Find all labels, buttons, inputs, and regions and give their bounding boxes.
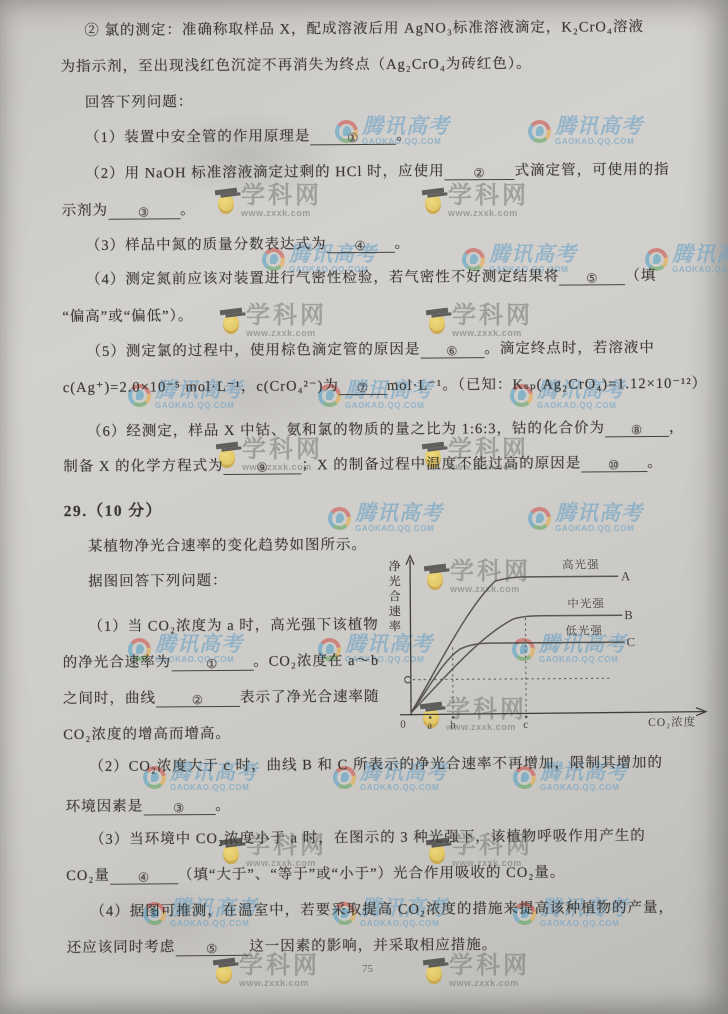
text-segment: 还应该同时考虑 <box>67 939 176 956</box>
text-segment: ② 氯的测定：准确称取样品 X，配成溶液后用 AgNO₃标准溶液滴定，K₂CrO… <box>84 19 644 39</box>
answer-blank-12: ② <box>156 691 240 707</box>
answer-blank-14: ④ <box>110 868 178 884</box>
text-segment: 。 <box>396 128 412 144</box>
blank-number: ④ <box>354 239 366 253</box>
q28-item-6-cont: 制备 X 的化学方程式为⑨；X 的制备过程中温度不能过高的原因是⑩。 <box>63 454 662 478</box>
tick-a: a <box>427 720 432 732</box>
chart-x-axis <box>400 712 704 715</box>
text-segment: “偏高”或“偏低”）。 <box>62 308 193 325</box>
text-segment: 。 <box>647 455 663 471</box>
answer-blank-4: ④ <box>327 237 395 253</box>
answer-blank-13: ③ <box>143 799 215 815</box>
curve-A-id: A <box>621 569 630 583</box>
curve-C-id: C <box>627 635 635 649</box>
q29-item-4: （4）据图可推测，在温室中，若要采取提高 CO₂浓度的措施来提高该种植物的产量， <box>90 899 674 923</box>
blank-number: ② <box>473 166 485 180</box>
text-segment: 。 <box>215 798 231 814</box>
text-segment: 式滴定管，可使用的指 <box>515 162 670 179</box>
text-segment: CO₂量 <box>66 868 110 884</box>
chart-figure: 高光强 A 中光强 B 低光强 C 0 a b c CO₂浓度 <box>385 545 726 739</box>
q29-item-1: （1）当 CO₂浓度为 a 时，高光强下该植物 <box>88 616 378 638</box>
text-segment: （2）用 NaOH 标准溶液滴定过剩的 HCl 时，应使用 <box>85 163 444 182</box>
text-segment: 据图回答下列问题： <box>88 573 228 590</box>
q28-answer-prompt: 回答下列问题： <box>85 93 194 113</box>
blank-number: ⑥ <box>446 344 458 358</box>
q29-item-4-cont: 还应该同时考虑⑤这一因素的影响，并采取相应措施。 <box>67 936 498 959</box>
curve-B-label: 中光强 <box>567 596 605 610</box>
chart-x-axis-label: CO₂浓度 <box>648 715 696 729</box>
text-segment: （3）当环境中 CO₂浓度小于 a 时，在图示的 3 种光强下，该植物呼吸作用产… <box>90 828 646 848</box>
text-segment: 为指示剂，至出现浅红色沉淀不再消失为终点（Ag₂CrO₄为砖红色）。 <box>61 56 532 75</box>
text-segment: （4）据图可推测，在温室中，若要采取提高 CO₂浓度的措施来提高该种植物的产量， <box>90 900 674 920</box>
blank-number: ③ <box>173 801 185 815</box>
scanned-exam-page: 腾讯高考GAOKAO.QQ.COM 腾讯高考GAOKAO.QQ.COM 腾讯高考… <box>0 0 728 1014</box>
curve-A-high-light <box>410 576 619 712</box>
text-segment: CO₂浓度的增高而增高。 <box>63 726 231 743</box>
text-segment: （4）测定氮前应该对装置进行气密性检验，若气密性不好测定结果将 <box>86 269 559 288</box>
q29-item-2-cont: 环境因素是③。 <box>66 797 231 818</box>
answer-blank-2: ② <box>445 164 515 180</box>
blank-number: ④ <box>138 871 150 885</box>
text-segment: 示剂为 <box>62 203 109 219</box>
answer-blank-1: ① <box>310 129 396 145</box>
text-segment: （填“大于”、“等于”或“小于”）光合作用吸收的 CO₂量。 <box>178 865 566 884</box>
text-segment: 29.（10 分） <box>64 502 163 520</box>
text-segment: 。CO₂浓度在 a～b <box>253 653 379 670</box>
blank-number: ① <box>206 657 218 671</box>
answer-blank-5: ⑤ <box>559 269 625 285</box>
y-axis-marker-circle <box>405 676 411 682</box>
q28-item-3: （3）样品中氮的质量分数表达式为④。 <box>86 235 410 257</box>
q29-answer-prompt: 据图回答下列问题： <box>88 572 228 593</box>
text-segment: ， <box>669 420 685 436</box>
q29-item-1-cont: 的净光合速率为①。CO₂浓度在 a～b <box>63 652 380 674</box>
curve-A-label: 高光强 <box>562 557 600 571</box>
blank-number: ⑩ <box>608 458 620 472</box>
blank-number: ③ <box>138 205 150 219</box>
text-segment: 。 <box>395 236 411 252</box>
origin-label: 0 <box>400 719 406 731</box>
q28-item-4: （4）测定氮前应该对装置进行气密性检验，若气密性不好测定结果将⑤（填 <box>86 267 656 291</box>
text-segment: c(Ag⁺)=2.0×10⁻⁵ mol·L⁻¹，c(CrO₄²⁻)为 <box>63 378 339 396</box>
answer-blank-11: ① <box>171 655 253 671</box>
text-segment: （5）测定氯的过程中，使用棕色滴定管的原因是 <box>87 342 421 360</box>
q28-item-2-cont: 示剂为③。 <box>62 201 196 221</box>
tick-dot-b <box>452 716 455 719</box>
q29-intro-line-1: 某植物净光合速率的变化趋势如图所示。 <box>88 536 367 558</box>
text-segment: 之间时，曲线 <box>63 690 156 707</box>
photosynthesis-rate-chart: 净光合速率 高光强 A 中光强 B <box>385 545 726 739</box>
text-segment: 环境因素是 <box>66 799 144 816</box>
text-segment: （3）样品中氮的质量分数表达式为 <box>86 236 327 254</box>
answer-blank-9: ⑨ <box>224 458 302 474</box>
q29-item-2: （2）CO₂浓度大于 c 时，曲线 B 和 C 所表示的净光合速率不再增加，限制… <box>89 754 663 778</box>
text-segment: 表示了净光合速率随 <box>240 689 380 706</box>
dashed-guide-c <box>525 618 526 713</box>
tick-dot-a <box>429 716 432 719</box>
q28-item-6: （6）经测定，样品 X 中钴、氨和氯的物质的量之比为 1:6:3，钴的化合价为⑧… <box>87 419 685 443</box>
answer-blank-10: ⑩ <box>581 456 647 472</box>
text-segment: 回答下列问题： <box>85 94 194 111</box>
answer-blank-6: ⑥ <box>420 342 484 358</box>
text-segment: 。 <box>180 202 196 218</box>
text-segment: 某植物净光合速率的变化趋势如图所示。 <box>88 537 367 555</box>
curve-B-id: B <box>624 608 632 622</box>
q28-item-4-cont: “偏高”或“偏低”）。 <box>62 307 193 327</box>
q29-item-1-cont3: CO₂浓度的增高而增高。 <box>63 725 231 746</box>
text-segment: 这一因素的影响，并采取相应措施。 <box>249 937 497 955</box>
text-segment: 的净光合速率为 <box>63 654 172 671</box>
curve-C-label: 低光强 <box>565 623 603 637</box>
text-segment: ；X 的制备过程中温度不能过高的原因是 <box>302 455 582 473</box>
text-segment: （1）当 CO₂浓度为 a 时，高光强下该植物 <box>88 617 378 635</box>
q28-intro-line-2: 为指示剂，至出现浅红色沉淀不再消失为终点（Ag₂CrO₄为砖红色）。 <box>61 55 532 78</box>
blank-number: ⑤ <box>586 271 598 285</box>
text-segment: mol·L⁻¹。（已知：Kₛₚ(Ag₂CrO₄)=1.12×10⁻¹²） <box>387 376 707 394</box>
exam-content: ② 氯的测定：准确称取样品 X，配成溶液后用 AgNO₃标准溶液滴定，K₂CrO… <box>0 0 728 1014</box>
curve-C-low-light <box>411 642 625 712</box>
blank-number: ⑨ <box>256 461 268 475</box>
blank-number: ⑧ <box>631 423 643 437</box>
q29-heading: 29.（10 分） <box>64 501 163 523</box>
answer-blank-15: ⑤ <box>175 940 249 956</box>
page-number: 75 <box>362 963 373 975</box>
blank-number: ⑤ <box>206 942 218 956</box>
q28-item-2: （2）用 NaOH 标准溶液滴定过剩的 HCl 时，应使用②式滴定管，可使用的指 <box>85 161 669 185</box>
text-segment: （6）经测定，样品 X 中钴、氨和氯的物质的量之比为 1:6:3，钴的化合价为 <box>87 420 605 440</box>
q28-item-5-cont: c(Ag⁺)=2.0×10⁻⁵ mol·L⁻¹，c(CrO₄²⁻)为⑦mol·L… <box>63 375 707 399</box>
answer-blank-8: ⑧ <box>605 421 669 437</box>
text-segment: 制备 X 的化学方程式为 <box>63 458 223 475</box>
q29-item-1-cont2: 之间时，曲线②表示了净光合速率随 <box>63 688 380 710</box>
answer-blank-3: ③ <box>108 203 180 219</box>
q28-intro-line-1: ② 氯的测定：准确称取样品 X，配成溶液后用 AgNO₃标准溶液滴定，K₂CrO… <box>84 18 644 41</box>
text-segment: （2）CO₂浓度大于 c 时，曲线 B 和 C 所表示的净光合速率不再增加，限制… <box>89 755 663 775</box>
blank-number: ② <box>192 693 204 707</box>
text-segment: 。滴定终点时，若溶液中 <box>484 340 655 357</box>
text-segment: （填 <box>625 268 656 284</box>
chart-y-axis <box>410 560 411 716</box>
tick-dot-c <box>525 715 528 718</box>
blank-number: ① <box>347 131 359 145</box>
blank-number: ⑦ <box>357 381 369 395</box>
q28-item-1: （1）装置中安全管的作用原理是①。 <box>85 127 412 149</box>
answer-blank-7: ⑦ <box>339 379 387 395</box>
tick-c: c <box>523 719 528 731</box>
q28-item-5: （5）测定氯的过程中，使用棕色滴定管的原因是⑥。滴定终点时，若溶液中 <box>86 339 654 363</box>
q29-item-3-cont: CO₂量④（填“大于”、“等于”或“小于”）光合作用吸收的 CO₂量。 <box>66 864 565 887</box>
text-segment: （1）装置中安全管的作用原理是 <box>85 128 310 146</box>
q29-item-3: （3）当环境中 CO₂浓度小于 a 时，在图示的 3 种光强下，该植物呼吸作用产… <box>90 827 646 850</box>
tick-b: b <box>450 719 456 731</box>
